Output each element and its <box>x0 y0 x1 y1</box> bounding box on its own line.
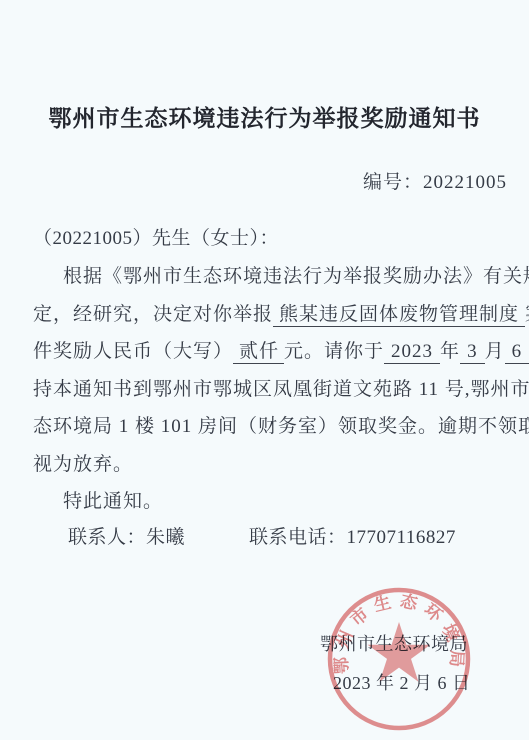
signature-organization: 鄂州市生态环境局 <box>320 630 468 656</box>
contact-phone-label: 联系电话： <box>249 527 347 548</box>
paragraph-line-5: 态环境局 1 楼 101 房间（财务室）领取奖金。逾期不领取的， <box>33 408 511 446</box>
contact-phone-number: 17707116827 <box>347 527 456 548</box>
text-segment: 持本通知书到鄂州市鄂城区凤凰街道文苑路 11 号,鄂州市生 <box>33 379 529 400</box>
paragraph-line-1: 根据《鄂州市生态环境违法行为举报奖励办法》有关规 <box>33 258 511 296</box>
paragraph-line-2: 定，经研究，决定对你举报熊某违反固体废物管理制度案 <box>33 296 511 334</box>
official-seal-stamp: 鄂州市生态环境局 <box>325 585 473 733</box>
underlined-month: 3 <box>460 341 485 364</box>
text-segment: 根据《鄂州市生态环境违法行为举报奖励办法》有关规 <box>63 266 529 287</box>
serial-value: 20221005 <box>423 172 507 193</box>
closing-line: 特此通知。 <box>63 486 163 513</box>
body-paragraph: 根据《鄂州市生态环境违法行为举报奖励办法》有关规 定，经研究，决定对你举报熊某违… <box>33 258 511 483</box>
text-segment: 元。请你于 <box>284 341 384 362</box>
contact-person-name: 朱曦 <box>146 527 185 548</box>
serial-number-line: 编号：20221005 <box>363 167 507 194</box>
text-segment: 定，经研究，决定对你举报 <box>33 304 273 325</box>
underlined-year: 2023 <box>384 341 440 364</box>
document-page: 鄂州市生态环境违法行为举报奖励通知书 编号：20221005 （20221005… <box>0 0 529 740</box>
salutation-line: （20221005）先生（女士）： <box>33 223 279 250</box>
paragraph-line-4: 持本通知书到鄂州市鄂城区凤凰街道文苑路 11 号,鄂州市生 <box>33 371 511 409</box>
paragraph-line-3: 件奖励人民币（大写）贰仟元。请你于2023年3月6日前 <box>33 333 511 371</box>
text-segment: 月 <box>485 341 505 362</box>
serial-label: 编号： <box>363 172 423 193</box>
text-segment: 视为放弃。 <box>33 454 133 475</box>
underlined-case-name: 熊某违反固体废物管理制度 <box>273 304 525 327</box>
signature-date: 2023 年 2 月 6 日 <box>333 669 471 695</box>
text-segment: 案 <box>525 304 529 325</box>
text-segment: 年 <box>440 341 460 362</box>
contact-person-label: 联系人： <box>68 527 146 548</box>
text-segment: 态环境局 1 楼 101 房间（财务室）领取奖金。逾期不领取的， <box>33 416 529 437</box>
underlined-day: 6 <box>505 341 529 364</box>
contact-line: 联系人：朱曦联系电话：17707116827 <box>68 522 456 549</box>
underlined-amount: 贰仟 <box>233 341 284 364</box>
seal-ring <box>330 590 468 728</box>
text-segment: 件奖励人民币（大写） <box>33 341 233 362</box>
paragraph-line-6: 视为放弃。 <box>33 446 511 484</box>
document-title: 鄂州市生态环境违法行为举报奖励通知书 <box>0 100 529 133</box>
